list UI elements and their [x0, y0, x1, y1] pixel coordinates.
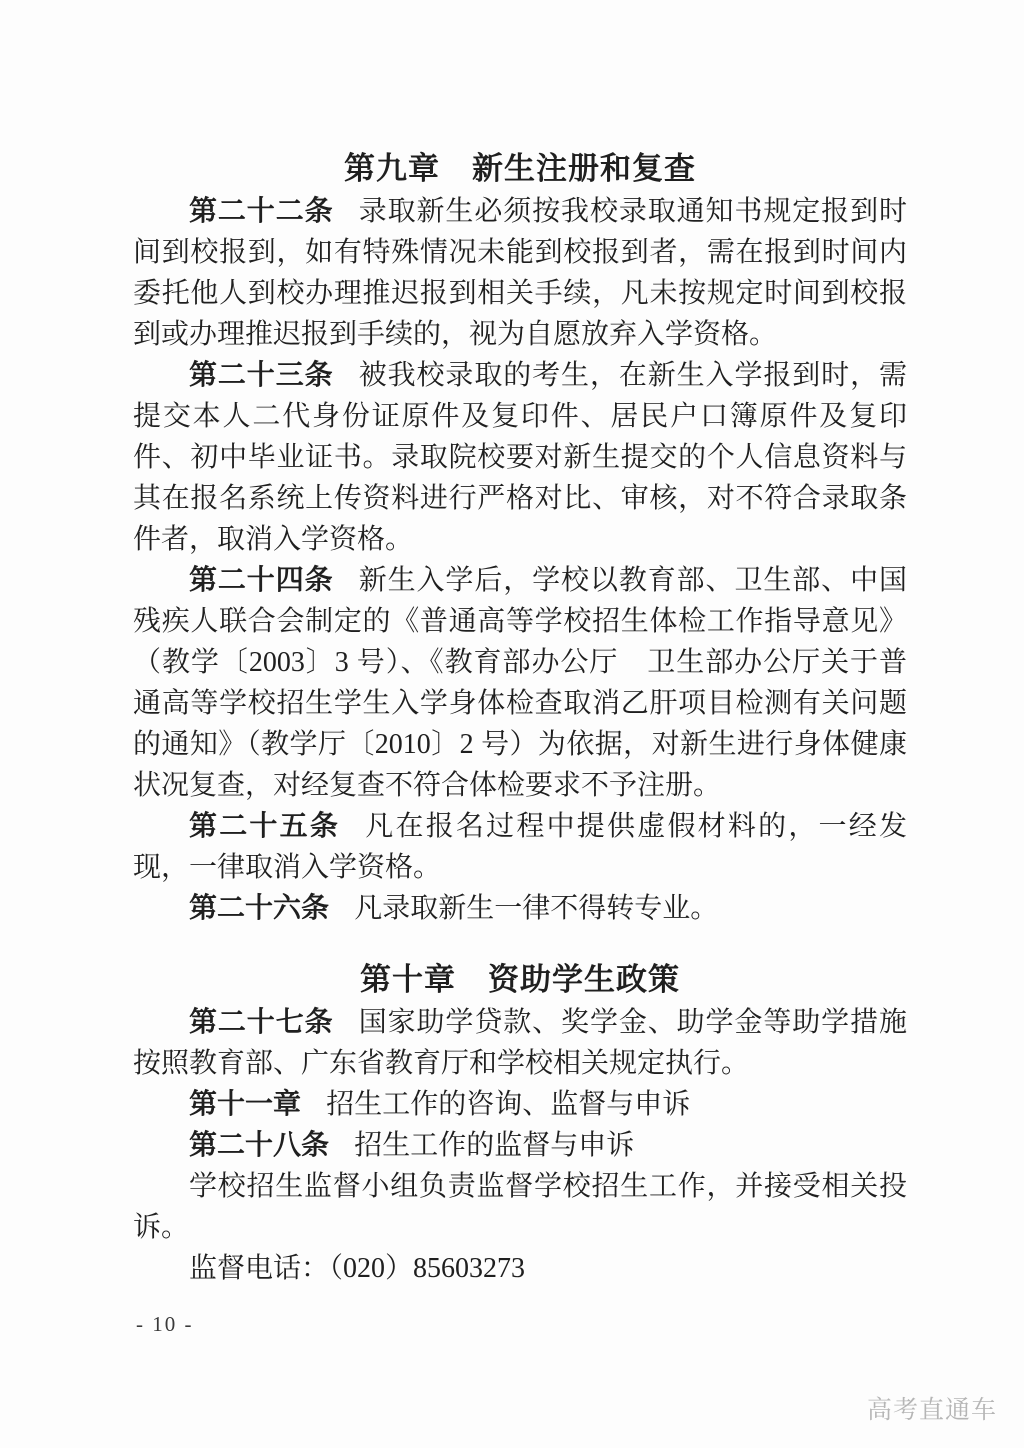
chapter-9-title: 第九章 新生注册和复查 [133, 146, 907, 191]
chapter-10-title: 第十章 资助学生政策 [133, 957, 907, 1002]
article-24: 第二十四条新生入学后，学校以教育部、卫生部、中国残疾人联合会制定的《普通高等学校… [133, 560, 907, 806]
chapter-11-heading-label: 第十一章 [189, 1089, 301, 1120]
article-27: 第二十七条国家助学贷款、奖学金、助学金等助学措施按照教育部、广东省教育厅和学校相… [133, 1002, 907, 1084]
article-24-label: 第二十四条 [189, 565, 334, 596]
chapter-11-heading-text: 招生工作的咨询、监督与申诉 [326, 1089, 690, 1120]
article-26-text: 凡录取新生一律不得转专业。 [354, 893, 718, 924]
article-22: 第二十二条录取新生必须按我校录取通知书规定报到时间到校报到，如有特殊情况未能到校… [133, 191, 907, 355]
article-28: 第二十八条招生工作的监督与申诉 [133, 1125, 907, 1166]
article-22-label: 第二十二条 [189, 196, 334, 227]
article-24-text: 新生入学后，学校以教育部、卫生部、中国残疾人联合会制定的《普通高等学校招生体检工… [133, 565, 907, 801]
watermark: 高考直通车 [867, 1390, 997, 1426]
article-26: 第二十六条凡录取新生一律不得转专业。 [133, 888, 907, 929]
article-28-label: 第二十八条 [189, 1130, 329, 1161]
article-28-text: 招生工作的监督与申诉 [354, 1130, 634, 1161]
supervision-paragraph: 学校招生监督小组负责监督学校招生工作，并接受相关投诉。 [133, 1166, 907, 1248]
chapter-11-heading: 第十一章招生工作的咨询、监督与申诉 [133, 1084, 907, 1125]
article-25-label: 第二十五条 [189, 811, 340, 842]
article-27-label: 第二十七条 [189, 1007, 334, 1038]
article-23: 第二十三条被我校录取的考生，在新生入学报到时，需提交本人二代身份证原件及复印件、… [133, 355, 907, 560]
document-page: 第九章 新生注册和复查 第二十二条录取新生必须按我校录取通知书规定报到时间到校报… [0, 0, 1024, 1448]
article-26-label: 第二十六条 [189, 893, 329, 924]
article-23-label: 第二十三条 [189, 360, 334, 391]
article-25: 第二十五条凡在报名过程中提供虚假材料的，一经发现，一律取消入学资格。 [133, 806, 907, 888]
page-number: - 10 - [136, 1312, 194, 1337]
phone-line: 监督电话：（020）85603273 [133, 1248, 907, 1289]
document-content: 第九章 新生注册和复查 第二十二条录取新生必须按我校录取通知书规定报到时间到校报… [133, 146, 907, 1289]
